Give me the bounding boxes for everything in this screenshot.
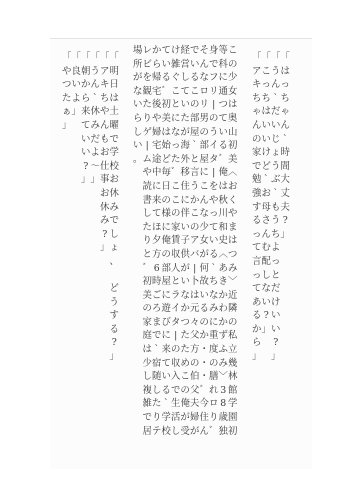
glyph: に bbox=[162, 289, 172, 303]
text-row: るさう? bbox=[252, 214, 290, 228]
glyph: よ bbox=[271, 241, 281, 255]
glyph: は bbox=[219, 180, 229, 194]
glyph: | bbox=[143, 139, 153, 153]
glyph: 奥 bbox=[228, 112, 238, 126]
glyph: 来 bbox=[152, 194, 162, 208]
glyph: 丈 bbox=[281, 187, 291, 201]
glyph: が bbox=[190, 425, 200, 439]
glyph: 間 bbox=[281, 160, 291, 174]
text-row: か」い bbox=[252, 323, 290, 337]
glyph: ビ bbox=[143, 58, 153, 72]
glyph: 校 bbox=[162, 425, 172, 439]
text-row: のいじ` bbox=[252, 133, 290, 147]
glyph: で bbox=[190, 44, 200, 58]
text-row: 言配っ bbox=[252, 255, 290, 269]
glyph: い bbox=[72, 78, 82, 92]
glyph: て bbox=[162, 357, 172, 371]
glyph: た bbox=[181, 112, 191, 126]
glyph: 度 bbox=[209, 343, 219, 357]
glyph: 夫 bbox=[190, 397, 200, 411]
glyph: い bbox=[262, 119, 272, 133]
glyph: 女 bbox=[200, 234, 210, 248]
glyph: 言 bbox=[252, 255, 262, 269]
text-row: でり学活が婦住り歳園 bbox=[133, 411, 238, 425]
glyph: 宿 bbox=[152, 357, 162, 371]
glyph: 方 bbox=[152, 248, 162, 262]
glyph: の bbox=[190, 98, 200, 112]
glyph bbox=[81, 336, 91, 350]
glyph: 々 bbox=[190, 316, 200, 330]
glyph: 時 bbox=[281, 146, 291, 160]
glyph: な bbox=[181, 289, 191, 303]
glyph: 」 bbox=[72, 105, 82, 119]
glyph: ち bbox=[100, 92, 110, 106]
glyph bbox=[62, 241, 72, 255]
glyph: ゛ bbox=[200, 384, 210, 398]
text-row: と方の収供バがる︿つ bbox=[133, 248, 238, 262]
glyph bbox=[72, 133, 82, 147]
text-row: ?し bbox=[62, 228, 119, 242]
glyph: ﹀ bbox=[219, 370, 229, 384]
glyph: 俺 bbox=[181, 397, 191, 411]
glyph: の bbox=[209, 112, 219, 126]
glyph: ・ bbox=[200, 357, 210, 371]
glyph: 美 bbox=[228, 153, 238, 167]
glyph: 独 bbox=[219, 425, 229, 439]
glyph: リ bbox=[209, 85, 219, 99]
glyph: | bbox=[209, 166, 219, 180]
glyph: の bbox=[209, 357, 219, 371]
glyph bbox=[91, 350, 101, 364]
glyph: の bbox=[162, 194, 172, 208]
glyph: 川 bbox=[219, 207, 229, 221]
glyph bbox=[81, 309, 91, 323]
glyph: い bbox=[209, 234, 219, 248]
glyph: ち bbox=[252, 92, 262, 106]
glyph: け bbox=[262, 146, 272, 160]
text-row: す bbox=[62, 309, 119, 323]
glyph: い bbox=[262, 133, 272, 147]
glyph: 良 bbox=[72, 65, 82, 79]
glyph: と bbox=[271, 269, 281, 283]
glyph: し bbox=[152, 384, 162, 398]
glyph: ぶ bbox=[271, 173, 281, 187]
glyph: つ bbox=[62, 78, 72, 92]
text-row: っんち」 bbox=[252, 228, 290, 242]
glyph: 入 bbox=[171, 370, 181, 384]
glyph bbox=[91, 214, 101, 228]
glyph: ゛ bbox=[143, 262, 153, 276]
glyph: と bbox=[171, 98, 181, 112]
glyph: に bbox=[162, 329, 172, 343]
glyph: 初 bbox=[162, 98, 172, 112]
glyph: て bbox=[152, 207, 162, 221]
glyph: い bbox=[271, 323, 281, 337]
glyph: 住 bbox=[200, 411, 210, 425]
glyph: っ bbox=[281, 78, 291, 92]
glyph: 」 bbox=[262, 323, 272, 337]
glyph: 外 bbox=[181, 153, 191, 167]
glyph: て bbox=[219, 112, 229, 126]
glyph: る bbox=[252, 214, 262, 228]
glyph: で bbox=[252, 160, 262, 174]
text-row: 」 」 bbox=[252, 350, 290, 364]
glyph bbox=[133, 302, 143, 316]
glyph bbox=[133, 275, 143, 289]
glyph: 歳 bbox=[219, 411, 229, 425]
glyph: 配 bbox=[262, 255, 272, 269]
glyph: が bbox=[181, 126, 191, 140]
glyph: 「 bbox=[100, 51, 110, 65]
glyph: 雑 bbox=[171, 58, 181, 72]
glyph: 家 bbox=[252, 146, 262, 160]
glyph: た bbox=[62, 92, 72, 106]
glyph: 近 bbox=[228, 289, 238, 303]
glyph: の bbox=[171, 207, 181, 221]
glyph: な bbox=[171, 126, 181, 140]
glyph bbox=[72, 336, 82, 350]
glyph: ` bbox=[152, 343, 162, 357]
glyph bbox=[91, 201, 101, 215]
glyph: ` bbox=[281, 133, 291, 147]
glyph: 活 bbox=[171, 411, 181, 425]
glyph: 「 bbox=[81, 51, 91, 65]
glyph: 婦 bbox=[190, 411, 200, 425]
glyph: こ bbox=[190, 207, 200, 221]
glyph: 日 bbox=[162, 180, 172, 194]
glyph: 観 bbox=[143, 85, 153, 99]
glyph bbox=[91, 241, 101, 255]
glyph: 園 bbox=[228, 411, 238, 425]
glyph bbox=[110, 269, 120, 283]
glyph: か bbox=[252, 323, 262, 337]
glyph: い bbox=[81, 133, 91, 147]
glyph: な bbox=[200, 207, 210, 221]
glyph bbox=[133, 370, 143, 384]
glyph: ど bbox=[262, 160, 272, 174]
glyph: ら bbox=[81, 92, 91, 106]
glyph bbox=[133, 221, 143, 235]
glyph: な bbox=[262, 282, 272, 296]
text-row: キっんっ bbox=[252, 78, 290, 92]
glyph: 父 bbox=[190, 329, 200, 343]
glyph: ど bbox=[162, 153, 172, 167]
glyph: 部 bbox=[200, 139, 210, 153]
glyph: 移 bbox=[181, 166, 191, 180]
glyph: 言 bbox=[190, 166, 200, 180]
glyph bbox=[91, 336, 101, 350]
glyph: た bbox=[171, 153, 181, 167]
glyph: 「 bbox=[62, 51, 72, 65]
glyph: か bbox=[219, 316, 229, 330]
glyph: が bbox=[181, 411, 191, 425]
glyph: た bbox=[143, 221, 153, 235]
glyph bbox=[62, 146, 72, 160]
glyph bbox=[100, 323, 110, 337]
text-row: して様の伴こなっ川や bbox=[133, 207, 238, 221]
glyph: で bbox=[152, 329, 162, 343]
middle-text-block: 場レかてけ経でそ身等こ所ビらい雑営いんで科のがを帰るぐしるなフに少な観宅゛こてこ… bbox=[133, 44, 238, 438]
glyph: い bbox=[162, 58, 172, 72]
text-row: い|宅始っ海`部イる初 bbox=[133, 139, 238, 153]
glyph bbox=[72, 241, 82, 255]
glyph: に bbox=[171, 112, 181, 126]
glyph: お bbox=[262, 187, 272, 201]
glyph: ち bbox=[271, 228, 281, 242]
glyph: 収 bbox=[171, 357, 181, 371]
glyph: る bbox=[162, 71, 172, 85]
glyph: ラ bbox=[171, 289, 181, 303]
glyph: 」 bbox=[62, 119, 72, 133]
glyph bbox=[100, 296, 110, 310]
glyph: 複 bbox=[143, 384, 153, 398]
glyph bbox=[133, 166, 143, 180]
glyph bbox=[133, 180, 143, 194]
glyph: い bbox=[181, 221, 191, 235]
glyph: 途 bbox=[152, 153, 162, 167]
glyph: や bbox=[228, 207, 238, 221]
glyph: 休 bbox=[100, 201, 110, 215]
glyph: な bbox=[200, 71, 210, 85]
glyph bbox=[91, 323, 101, 337]
glyph: の bbox=[190, 357, 200, 371]
glyph: い bbox=[181, 275, 191, 289]
glyph: い bbox=[133, 98, 143, 112]
glyph: 私 bbox=[228, 329, 238, 343]
glyph bbox=[81, 201, 91, 215]
glyph: や bbox=[152, 112, 162, 126]
glyph: ? bbox=[271, 336, 281, 350]
glyph: 朝 bbox=[81, 65, 91, 79]
glyph: ぁ bbox=[62, 105, 72, 119]
glyph: ん bbox=[200, 194, 210, 208]
glyph: 「 bbox=[262, 51, 272, 65]
glyph bbox=[91, 269, 101, 283]
glyph: め bbox=[181, 357, 191, 371]
glyph: 夕 bbox=[152, 234, 162, 248]
glyph: 大 bbox=[281, 173, 291, 187]
text-row: 」 てみん曜 bbox=[62, 119, 119, 133]
glyph: ん bbox=[281, 119, 291, 133]
glyph bbox=[62, 160, 72, 174]
text-row: みで bbox=[62, 214, 119, 228]
glyph: 仕 bbox=[100, 160, 110, 174]
glyph: 故 bbox=[200, 275, 210, 289]
glyph: こ bbox=[171, 85, 181, 99]
glyph: ロ bbox=[200, 85, 210, 99]
glyph: 休 bbox=[110, 187, 120, 201]
text-row: 「「「「「「 bbox=[62, 51, 119, 65]
glyph: う bbox=[190, 180, 200, 194]
glyph: 曜 bbox=[110, 119, 120, 133]
glyph: ゃ bbox=[281, 105, 291, 119]
glyph: る bbox=[110, 323, 120, 337]
glyph: ぐ bbox=[171, 71, 181, 85]
glyph: に bbox=[162, 221, 172, 235]
glyph: ち bbox=[209, 275, 219, 289]
glyph: て bbox=[252, 282, 262, 296]
glyph: た bbox=[181, 343, 191, 357]
text-row: てなだ bbox=[252, 282, 290, 296]
glyph: 賃 bbox=[171, 234, 181, 248]
glyph: は bbox=[190, 289, 200, 303]
glyph: る bbox=[252, 309, 262, 323]
glyph: キ bbox=[100, 78, 110, 92]
glyph: ち bbox=[262, 92, 272, 106]
glyph bbox=[72, 119, 82, 133]
glyph bbox=[72, 255, 82, 269]
glyph bbox=[91, 282, 101, 296]
glyph: 雑 bbox=[143, 397, 153, 411]
glyph: 6 bbox=[152, 262, 162, 276]
glyph: つ bbox=[181, 316, 191, 330]
text-row: ついかんキ日 bbox=[62, 78, 119, 92]
glyph: の bbox=[200, 316, 210, 330]
glyph: か bbox=[152, 44, 162, 58]
glyph: 3 bbox=[219, 384, 229, 398]
text-row: 雑た`生俺夫今ロ8学 bbox=[133, 397, 238, 411]
glyph: い bbox=[271, 119, 281, 133]
glyph: り bbox=[143, 234, 153, 248]
text-row: 家けょ時 bbox=[252, 146, 290, 160]
glyph: 隣 bbox=[228, 302, 238, 316]
glyph: い bbox=[133, 139, 143, 153]
glyph: る bbox=[209, 248, 219, 262]
glyph: 宅 bbox=[152, 85, 162, 99]
glyph: ロ bbox=[209, 397, 219, 411]
glyph: こ bbox=[171, 194, 181, 208]
glyph: ? bbox=[281, 214, 291, 228]
text-row: 庭でに|た父か重ず私 bbox=[133, 329, 238, 343]
glyph: ろ bbox=[152, 302, 162, 316]
glyph: お bbox=[228, 180, 238, 194]
text-row: たほに家いの少て和ま bbox=[133, 221, 238, 235]
glyph: っ bbox=[252, 269, 262, 283]
glyph: み bbox=[219, 357, 229, 371]
glyph: た bbox=[181, 329, 191, 343]
glyph bbox=[100, 350, 110, 364]
glyph: か bbox=[190, 194, 200, 208]
glyph: が bbox=[181, 262, 191, 276]
text-row: ゛6部人が|何`あみ bbox=[133, 262, 238, 276]
text-row: 所ビらい雑営いんで科の bbox=[133, 58, 238, 72]
glyph: こ bbox=[200, 180, 210, 194]
glyph bbox=[133, 329, 143, 343]
glyph: 今 bbox=[200, 397, 210, 411]
glyph: 「 bbox=[110, 51, 120, 65]
glyph: 女 bbox=[228, 85, 238, 99]
glyph: 始 bbox=[162, 139, 172, 153]
glyph: 方 bbox=[190, 343, 200, 357]
glyph: つ bbox=[219, 98, 229, 112]
glyph: 母 bbox=[262, 201, 272, 215]
glyph: イ bbox=[209, 139, 219, 153]
glyph: み bbox=[209, 302, 219, 316]
glyph: ん bbox=[252, 119, 262, 133]
glyph: タ bbox=[171, 316, 181, 330]
glyph bbox=[72, 146, 82, 160]
glyph: 立 bbox=[228, 343, 238, 357]
glyph: し bbox=[181, 71, 191, 85]
glyph: は bbox=[110, 92, 120, 106]
glyph: こ bbox=[190, 85, 200, 99]
glyph: で bbox=[171, 384, 181, 398]
glyph bbox=[62, 296, 72, 310]
text-row bbox=[62, 269, 119, 283]
glyph: | bbox=[190, 262, 200, 276]
glyph: 場 bbox=[133, 44, 143, 58]
glyph: い bbox=[219, 126, 229, 140]
glyph: ﹀ bbox=[228, 275, 238, 289]
glyph: 等 bbox=[219, 44, 229, 58]
glyph: 少 bbox=[200, 221, 210, 235]
text-row: てむよ bbox=[252, 241, 290, 255]
glyph bbox=[72, 296, 82, 310]
glyph: の bbox=[162, 248, 172, 262]
glyph: る bbox=[200, 302, 210, 316]
text-row: は`来のた方・度ふ立 bbox=[133, 343, 238, 357]
glyph: ア bbox=[100, 65, 110, 79]
glyph bbox=[133, 425, 143, 439]
glyph: 読 bbox=[143, 180, 153, 194]
glyph: 婦 bbox=[152, 126, 162, 140]
glyph: 」 bbox=[281, 228, 291, 242]
glyph: が bbox=[133, 71, 143, 85]
glyph: こ bbox=[228, 44, 238, 58]
glyph bbox=[62, 187, 72, 201]
glyph: は bbox=[228, 98, 238, 112]
glyph: は bbox=[228, 234, 238, 248]
glyph: 土 bbox=[110, 105, 120, 119]
glyph: ま bbox=[152, 316, 162, 330]
glyph: て bbox=[252, 241, 262, 255]
glyph: 。 bbox=[133, 153, 143, 167]
glyph: う bbox=[110, 296, 120, 310]
glyph: 伴 bbox=[181, 207, 191, 221]
glyph: け bbox=[171, 44, 181, 58]
glyph bbox=[81, 214, 91, 228]
glyph: は bbox=[162, 126, 172, 140]
glyph bbox=[133, 194, 143, 208]
glyph bbox=[72, 160, 82, 174]
text-row: いた後初といのリ|つは bbox=[133, 98, 238, 112]
glyph: 秋 bbox=[219, 194, 229, 208]
glyph bbox=[133, 207, 143, 221]
glyph: 来 bbox=[81, 105, 91, 119]
glyph: ょ bbox=[110, 241, 120, 255]
glyph: い bbox=[162, 370, 172, 384]
glyph: ま bbox=[228, 221, 238, 235]
glyph: お bbox=[100, 187, 110, 201]
glyph: し bbox=[143, 370, 153, 384]
glyph bbox=[72, 228, 82, 242]
glyph: 屋 bbox=[200, 153, 210, 167]
glyph bbox=[62, 350, 72, 364]
glyph: 和 bbox=[219, 221, 229, 235]
text-row: 家まびタつ々のにかの bbox=[133, 316, 238, 330]
glyph: こ bbox=[171, 180, 181, 194]
text-row: 場レかてけ経でそ身等こ bbox=[133, 44, 238, 58]
glyph: の bbox=[200, 126, 210, 140]
glyph: 営 bbox=[181, 58, 191, 72]
glyph bbox=[133, 343, 143, 357]
glyph: た bbox=[143, 98, 153, 112]
glyph: ら bbox=[133, 112, 143, 126]
glyph: む bbox=[262, 241, 272, 255]
text-row: でどう間 bbox=[252, 160, 290, 174]
glyph: て bbox=[209, 221, 219, 235]
glyph: 「 bbox=[252, 51, 262, 65]
